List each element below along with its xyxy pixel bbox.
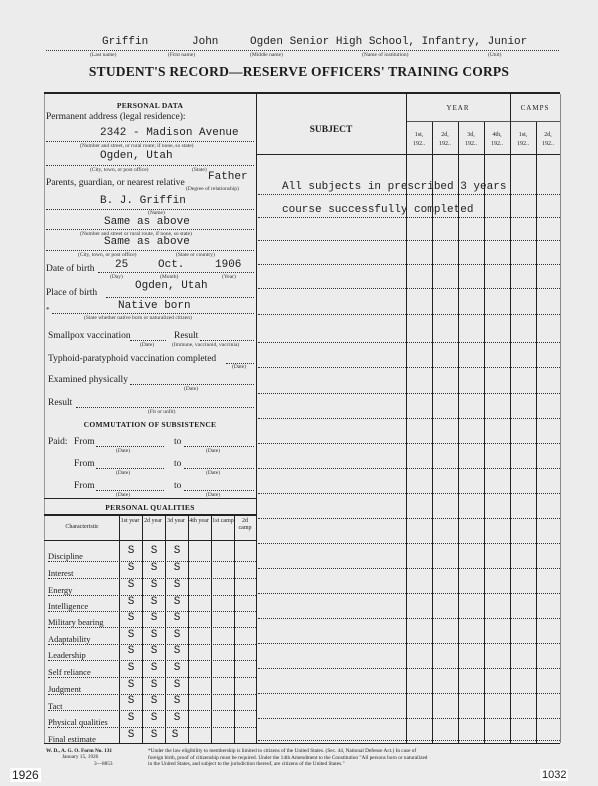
subject-heading: SUBJECT (256, 125, 406, 135)
year-tag: 1926 (10, 768, 41, 782)
grade-cell: S (143, 629, 165, 641)
form-date: January 15, 1926 (62, 754, 98, 761)
right-border (560, 94, 561, 743)
footnote-line: in the United States, and subject to the… (148, 761, 558, 768)
pq-vline (211, 515, 212, 743)
relative-city-caption: (City, town, or post office) (78, 252, 137, 258)
subject-row-line (258, 264, 560, 265)
grade-cell: S (143, 612, 165, 624)
grade-cell: S (143, 562, 165, 574)
col-yr: 192.. (510, 140, 536, 149)
typhoid-label: Typhoid-paratyphoid vaccination complete… (48, 354, 216, 364)
header-line (46, 50, 559, 51)
middle-name-caption: (Middle name) (250, 52, 283, 58)
dob-line (98, 272, 254, 273)
to-line-3 (184, 490, 254, 491)
smallpox-line (130, 340, 166, 341)
grade-cell: S (166, 695, 188, 707)
subject-row-line (258, 443, 560, 444)
relative-city-value: Same as above (104, 236, 190, 248)
subject-row-line (258, 468, 560, 469)
typhoid-caption: (Date) (232, 364, 246, 370)
grade-cell: S (166, 579, 188, 591)
subject-row-line (258, 693, 560, 694)
examined-line (130, 384, 254, 385)
col-ord: 2d, (432, 131, 458, 140)
pq-head-rule (44, 514, 256, 516)
col-ord: 3d, (458, 131, 484, 140)
personal-data-heading: PERSONAL DATA (44, 101, 256, 110)
grade-cell: S (166, 596, 188, 608)
subject-row-line (258, 367, 560, 368)
to-line-2 (184, 468, 254, 469)
subject-entry-2: course successfully completed (282, 204, 473, 216)
grade-cell: S (143, 729, 165, 741)
pq-top-rule (44, 498, 256, 499)
grade-cell: S (120, 612, 142, 624)
grade-cell: S (143, 662, 165, 674)
col-2d-year: 2d,192.. (432, 131, 458, 149)
from-line-3 (96, 490, 164, 491)
paid-label: Paid: (48, 437, 68, 447)
pq-col-1st-year: 1st year (120, 518, 140, 525)
grade-cell: S (120, 695, 142, 707)
form-code: 3—8853 (94, 761, 113, 768)
last-name-caption: (Last name) (90, 52, 116, 58)
subj-vline (484, 122, 485, 743)
citizenship-value: Native born (118, 300, 191, 312)
from-label-2: From (74, 459, 95, 469)
city-caption: (City, town, or post office) (90, 167, 149, 173)
grade-cell: S (143, 545, 165, 557)
col-ord: 1st, (406, 131, 432, 140)
grade-cell: S (120, 712, 142, 724)
first-name-value: John (192, 36, 218, 48)
street-caption: (Number and street, or rural route; if n… (80, 143, 193, 149)
subject-row-line (258, 593, 560, 594)
pob-label: Place of birth (46, 288, 97, 298)
subject-row-line (258, 194, 560, 195)
to-label-1: to (174, 437, 181, 447)
paid-from-label: From (74, 437, 95, 447)
col-2d-camp: 2d,192.. (536, 131, 560, 149)
bottom-rule (44, 743, 560, 744)
col-yr: 192.. (536, 140, 560, 149)
row-line (48, 660, 256, 661)
grade-cell: S (166, 562, 188, 574)
grade-cell: S (143, 679, 165, 691)
row-line (48, 627, 256, 628)
record-card: Griffin John Ogden Senior High School, I… (0, 0, 598, 786)
examined-label: Examined physically (48, 375, 128, 385)
subject-row-line (258, 217, 560, 218)
result-line (200, 340, 254, 341)
dob-year-value: 1906 (215, 259, 241, 271)
subject-row-line (258, 643, 560, 644)
from-label-3: From (74, 481, 95, 491)
pq-col-1st-camp: 1st camp (212, 518, 234, 525)
subject-row-line (258, 718, 560, 719)
grade-cell: S (166, 662, 188, 674)
col-yr: 192.. (484, 140, 510, 149)
pq-col-2d-camp: 2d camp (235, 518, 255, 532)
subject-row-line (258, 493, 560, 494)
exam-result-line (76, 407, 254, 408)
from-date-caption-2: (Date) (116, 470, 130, 476)
institution-caption: (Name of institution) (362, 52, 408, 58)
grade-cell: S (166, 629, 188, 641)
pq-vline (188, 515, 189, 743)
subject-row-line (258, 618, 560, 619)
grade-cell: S (120, 596, 142, 608)
exam-result-caption: (Fit or unfit) (148, 409, 176, 415)
citizenship-caption: (State whether native born or naturalize… (84, 315, 192, 321)
state-caption: (State) (192, 167, 207, 173)
pq-row-label: Self reliance (48, 667, 91, 677)
col-ord: 4th, (484, 131, 510, 140)
subject-row-line (258, 568, 560, 569)
record-number: 1032 (540, 769, 568, 781)
col-1st-camp: 1st,192.. (510, 131, 536, 149)
to-label-3: to (174, 481, 181, 491)
commutation-heading: COMMUTATION OF SUBSISTENCE (44, 420, 256, 429)
year-heading: YEAR (406, 104, 510, 112)
grade-cell: S (166, 712, 188, 724)
grade-cell: S (120, 662, 142, 674)
relative-name-value: B. J. Griffin (100, 195, 186, 207)
relationship-caption: (Degree of relationship) (186, 186, 239, 192)
grade-cell: S (120, 629, 142, 641)
citizenship-line (52, 313, 254, 314)
grade-cell: S (120, 545, 142, 557)
grade-cell: S (166, 545, 188, 557)
from-line-2 (96, 468, 164, 469)
pq-row-label: Energy (48, 585, 72, 595)
top-rule (44, 92, 560, 94)
to-date-caption-2: (Date) (206, 470, 220, 476)
subject-row-line (258, 240, 560, 241)
grade-cell: S (120, 579, 142, 591)
grade-cell: S (143, 596, 165, 608)
col-3d-year: 3d,192.. (458, 131, 484, 149)
grade-cell: S (143, 695, 165, 707)
subject-entry-1: All subjects in prescribed 3 years (282, 181, 506, 193)
row-line (48, 677, 256, 678)
smallpox-date-caption: (Date) (140, 342, 154, 348)
dob-label: Date of birth (46, 264, 95, 274)
grade-cell: S (120, 679, 142, 691)
day-caption: (Day) (110, 274, 123, 280)
pq-row-label: Judgment (48, 684, 81, 694)
dob-month-value: Oct. (158, 259, 184, 271)
col-ord: 2d, (536, 131, 560, 140)
unit-caption: (Unit) (488, 52, 501, 58)
middle-institution-value: Ogden Senior High School, Infantry, Juni… (250, 36, 527, 48)
left-border (44, 94, 45, 744)
result-label: Result (174, 331, 198, 341)
pq-row-label: Leadership (48, 650, 86, 660)
smallpox-label: Smallpox vaccination (48, 331, 131, 341)
citizenship-footnote: *Under the law eligibility to membership… (148, 748, 558, 768)
col-1st-year: 1st,192.. (406, 131, 432, 149)
col-yr: 192.. (406, 140, 432, 149)
pq-row-label: Discipline (48, 551, 83, 561)
relative-state-caption: (State or country) (176, 252, 215, 258)
pq-vline (234, 515, 235, 743)
paid-from-line-1 (96, 446, 164, 447)
relative-label: Parents, guardian, or nearest relative (46, 178, 185, 188)
to-line-1 (184, 446, 254, 447)
subject-row-line (258, 543, 560, 544)
city-line (46, 165, 254, 166)
grade-cell: S (143, 712, 165, 724)
col-4th-year: 4th,192.. (484, 131, 510, 149)
city-state-value: Ogden, Utah (100, 150, 173, 162)
col-ord: 1st, (510, 131, 536, 140)
pq-row-label: Intelligence (48, 601, 88, 611)
pq-row-label: Physical qualities (48, 717, 108, 727)
subject-row-line (258, 288, 560, 289)
to-label-2: to (174, 459, 181, 469)
center-divider (256, 94, 257, 744)
last-name-value: Griffin (102, 36, 148, 48)
examined-caption: (Date) (184, 386, 198, 392)
result-caption: (Immune, vaccinoid, vaccinia) (172, 342, 239, 348)
row-line (48, 710, 256, 711)
pq-col-2d-year: 2d year (143, 518, 163, 525)
subj-vline (536, 122, 537, 743)
grade-cell: S (166, 612, 188, 624)
street-line (46, 141, 254, 142)
subject-row-line (258, 418, 560, 419)
col-yr: 192.. (432, 140, 458, 149)
subject-header-rule (256, 154, 560, 155)
form-title: STUDENT'S RECORD—RESERVE OFFICERS' TRAIN… (0, 64, 598, 80)
col-yr: 192.. (458, 140, 484, 149)
relationship-value: Father (208, 171, 248, 183)
street-value: 2342 - Madison Avenue (100, 127, 239, 139)
grade-cell: S (143, 645, 165, 657)
pq-col-3d-year: 3d year (166, 518, 186, 525)
relative-city-line (46, 250, 254, 251)
citizenship-marker: * (46, 306, 50, 314)
subject-row-line (258, 342, 560, 343)
grade-cell: S (120, 562, 142, 574)
personal-qualities-heading: PERSONAL QUALITIES (44, 503, 256, 512)
pob-line (106, 297, 254, 298)
to-date-caption-1: (Date) (206, 448, 220, 454)
pq-col-characteristic: Characteristic (44, 524, 120, 531)
pq-col-rule (44, 540, 256, 541)
permanent-address-label: Permanent address (legal residence): (46, 112, 186, 122)
subject-row-line (258, 740, 560, 741)
from-date-caption-1: (Date) (116, 448, 130, 454)
subject-row-line (258, 518, 560, 519)
relative-street-value: Same as above (104, 216, 190, 228)
camps-heading: CAMPS (510, 104, 560, 112)
relative-street-line (46, 229, 254, 230)
pq-col-4th-year: 4th year (189, 518, 209, 525)
grade-cell: S (120, 729, 142, 741)
exam-result-label: Result (48, 398, 72, 408)
pob-value: Ogden, Utah (135, 280, 208, 292)
subject-row-line (258, 393, 560, 394)
grade-cell: S (164, 729, 186, 741)
subject-row-line (258, 314, 560, 315)
subject-row-line (258, 668, 560, 669)
grade-cell: S (120, 645, 142, 657)
first-name-caption: (First name) (168, 52, 195, 58)
year-caption: (Year) (222, 274, 236, 280)
pq-row-label: Military bearing (48, 617, 103, 627)
pq-row-label: Adaptability (48, 634, 91, 644)
grade-cell: S (166, 645, 188, 657)
pq-row-label: Interest (48, 568, 74, 578)
dob-day-value: 25 (115, 259, 128, 271)
grade-cell: S (143, 579, 165, 591)
row-line (48, 727, 256, 728)
grade-cell: S (166, 679, 188, 691)
